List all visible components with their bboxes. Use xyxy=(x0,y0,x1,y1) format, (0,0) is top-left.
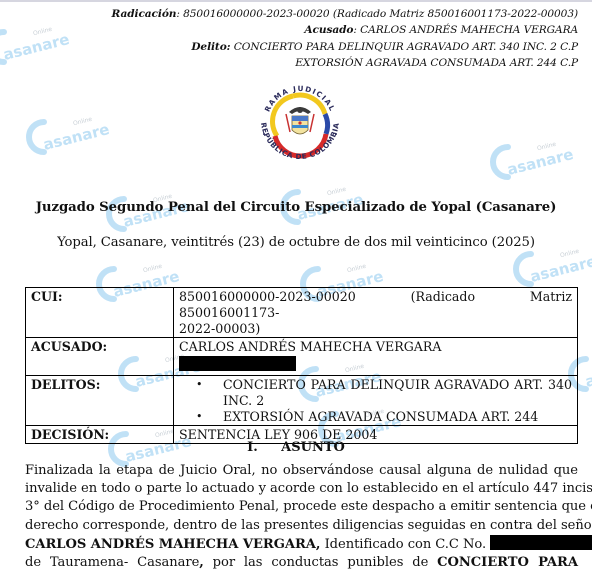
cui-value: 850016000000-2023-00020 (Radicado Matriz… xyxy=(174,288,578,338)
header-delito-2: EXTORSIÓN AGRAVADA CONSUMADA ART. 244 C.… xyxy=(112,55,579,71)
date-line: Yopal, Casanare, veintitrés (23) de octu… xyxy=(0,235,592,250)
rama-judicial-seal-icon: RAMA JUDICIAL REPÚBLICA DE COLOMBIA xyxy=(253,74,347,166)
case-header: Radicación: 850016000000-2023-00020 (Rad… xyxy=(112,6,579,72)
case-info-table: CUI: 850016000000-2023-00020 (Radicado M… xyxy=(25,287,578,444)
list-item: CONCIERTO PARA DELINQUIR AGRAVADO ART. 3… xyxy=(196,377,572,409)
cui-label: CUI: xyxy=(26,288,174,338)
delitos-list: CONCIERTO PARA DELINQUIR AGRAVADO ART. 3… xyxy=(179,377,572,425)
delitos-value: CONCIERTO PARA DELINQUIR AGRAVADO ART. 3… xyxy=(174,376,578,426)
casanare-watermark-icon: asanareOnline xyxy=(0,18,73,68)
table-row-acusado: ACUSADO: CARLOS ANDRÉS MAHECHA VERGARA xyxy=(26,338,578,376)
table-row-delitos: DELITOS: CONCIERTO PARA DELINQUIR AGRAVA… xyxy=(26,376,578,426)
coat-of-arms-icon xyxy=(286,107,314,134)
svg-text:Online: Online xyxy=(326,186,347,198)
casanare-watermark-icon: asanareOnline xyxy=(482,133,577,183)
page-top-border xyxy=(0,0,592,2)
acusado-label: ACUSADO: xyxy=(26,338,174,376)
table-row-cui: CUI: 850016000000-2023-00020 (Radicado M… xyxy=(26,288,578,338)
svg-text:Online: Online xyxy=(536,141,557,153)
defendant-name: CARLOS ANDRÉS MAHECHA VERGARA, xyxy=(25,537,320,552)
svg-text:asanare: asanare xyxy=(1,30,71,64)
section-heading: I.ASUNTO xyxy=(0,440,592,455)
svg-text:asanare: asanare xyxy=(41,120,111,154)
svg-text:Online: Online xyxy=(32,26,53,38)
list-item: EXTORSIÓN AGRAVADA CONSUMADA ART. 244 xyxy=(196,409,572,425)
acusado-value: CARLOS ANDRÉS MAHECHA VERGARA xyxy=(174,338,578,376)
svg-text:Online: Online xyxy=(72,116,93,128)
body-paragraph: Finalizada la etapa de Juicio Oral, no o… xyxy=(25,462,578,572)
redacted-cc-block xyxy=(490,535,592,550)
section-title: ASUNTO xyxy=(281,440,345,455)
delitos-label: DELITOS: xyxy=(26,376,174,426)
svg-text:asanare: asanare xyxy=(528,252,592,286)
court-name: Juzgado Segundo Penal del Circuito Espec… xyxy=(0,200,592,215)
casanare-watermark-icon: asanareOnline xyxy=(18,108,113,158)
svg-text:Online: Online xyxy=(346,263,367,275)
svg-text:Online: Online xyxy=(142,263,163,275)
header-acusado: Acusado: CARLOS ANDRÉS MAHECHA VERGARA xyxy=(112,22,579,38)
svg-text:asanare: asanare xyxy=(583,357,592,391)
header-radicacion: Radicación: 850016000000-2023-00020 (Rad… xyxy=(112,6,579,22)
header-delito: Delito: CONCIERTO PARA DELINQUIR AGRAVAD… xyxy=(112,39,579,55)
svg-text:asanare: asanare xyxy=(505,145,575,179)
section-number: I. xyxy=(247,440,281,455)
redacted-id-block xyxy=(179,356,296,371)
